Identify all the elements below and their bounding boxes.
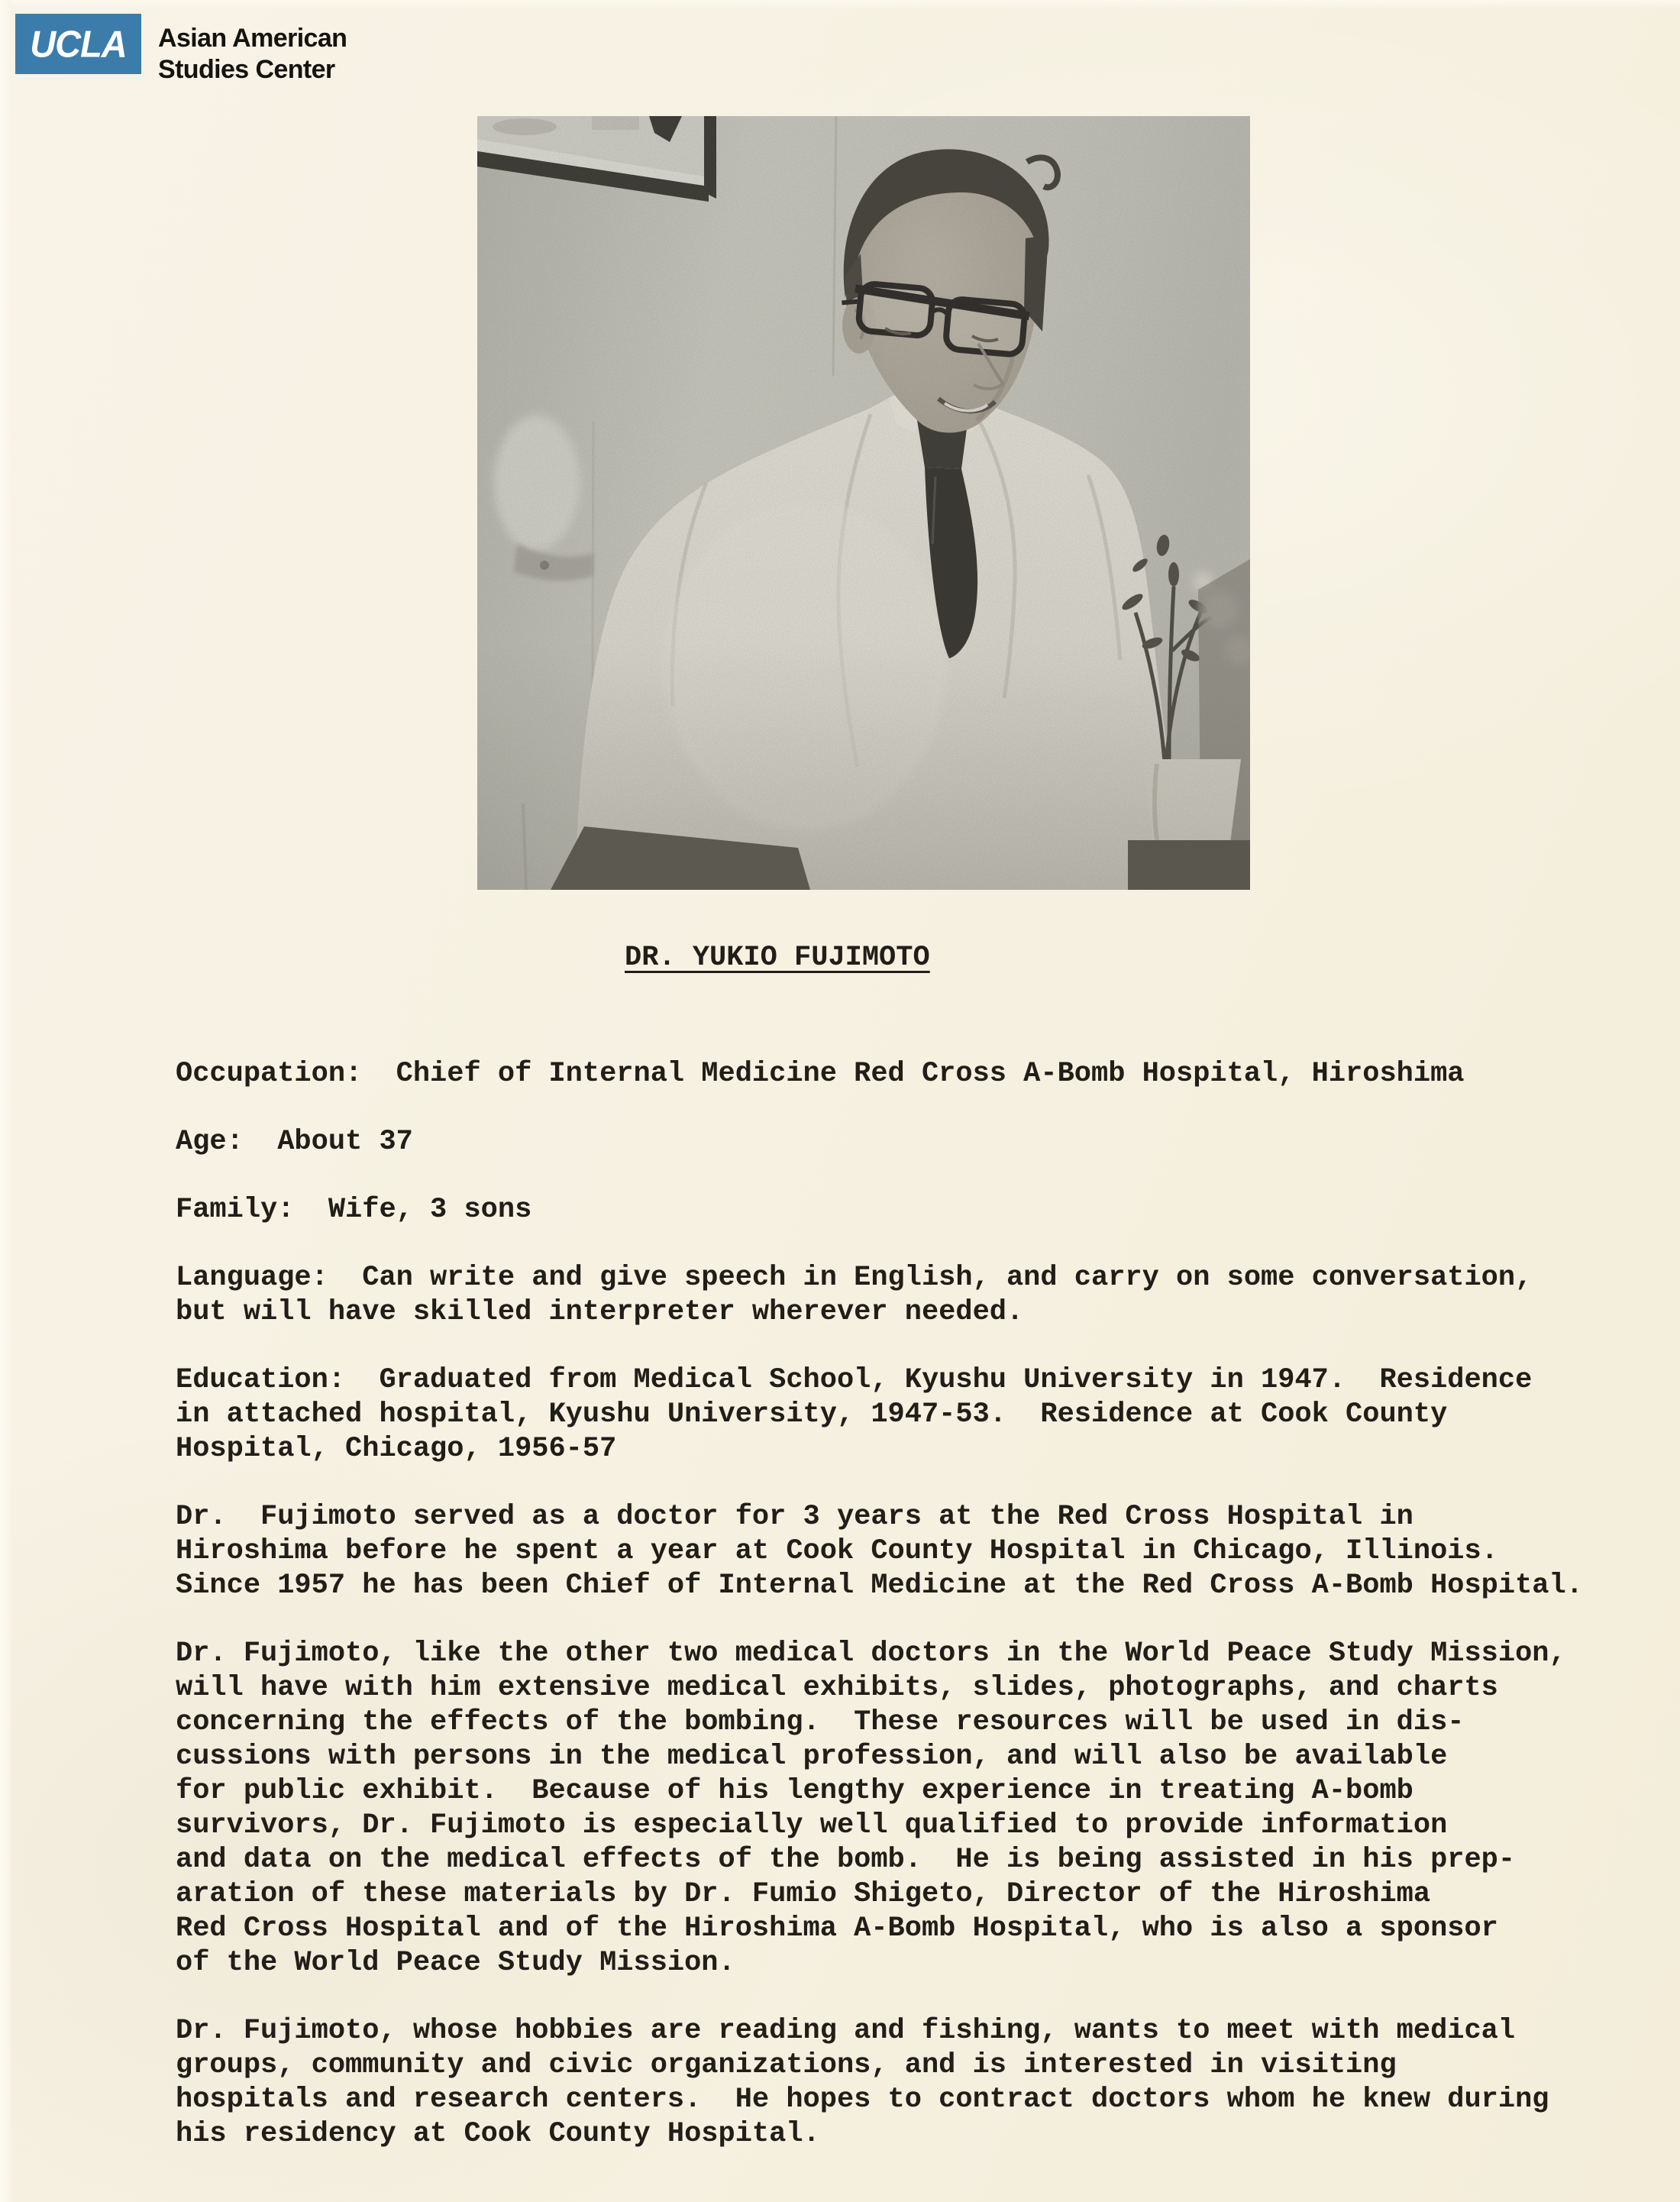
bio-paragraph-3: Dr. Fujimoto, whose hobbies are reading … [176,2014,1657,2152]
org-name-line1: Asian American [158,23,347,54]
portrait-photo [477,116,1250,890]
field-family: Family: Wife, 3 sons [176,1193,1657,1227]
bio-paragraph-2: Dr. Fujimoto, like the other two medical… [176,1637,1657,1981]
bio-text: Occupation: Chief of Internal Medicine R… [176,1057,1657,2185]
paper-top-edge [0,0,1680,9]
field-education: Education: Graduated from Medical School… [176,1363,1657,1466]
org-name-line2: Studies Center [158,54,347,86]
ucla-logo-text: UCLA [30,22,127,66]
document-page: UCLA Asian American Studies Center [0,0,1680,2202]
page-title: DR. YUKIO FUJIMOTO [625,941,930,975]
portrait-photo-art [477,116,1250,890]
org-name: Asian American Studies Center [158,23,347,86]
paper-left-edge [0,0,11,2202]
bio-paragraph-1: Dr. Fujimoto served as a doctor for 3 ye… [176,1500,1657,1603]
ucla-logo: UCLA [15,14,141,74]
field-language: Language: Can write and give speech in E… [176,1261,1657,1330]
field-occupation: Occupation: Chief of Internal Medicine R… [176,1057,1657,1091]
field-age: Age: About 37 [176,1125,1657,1159]
